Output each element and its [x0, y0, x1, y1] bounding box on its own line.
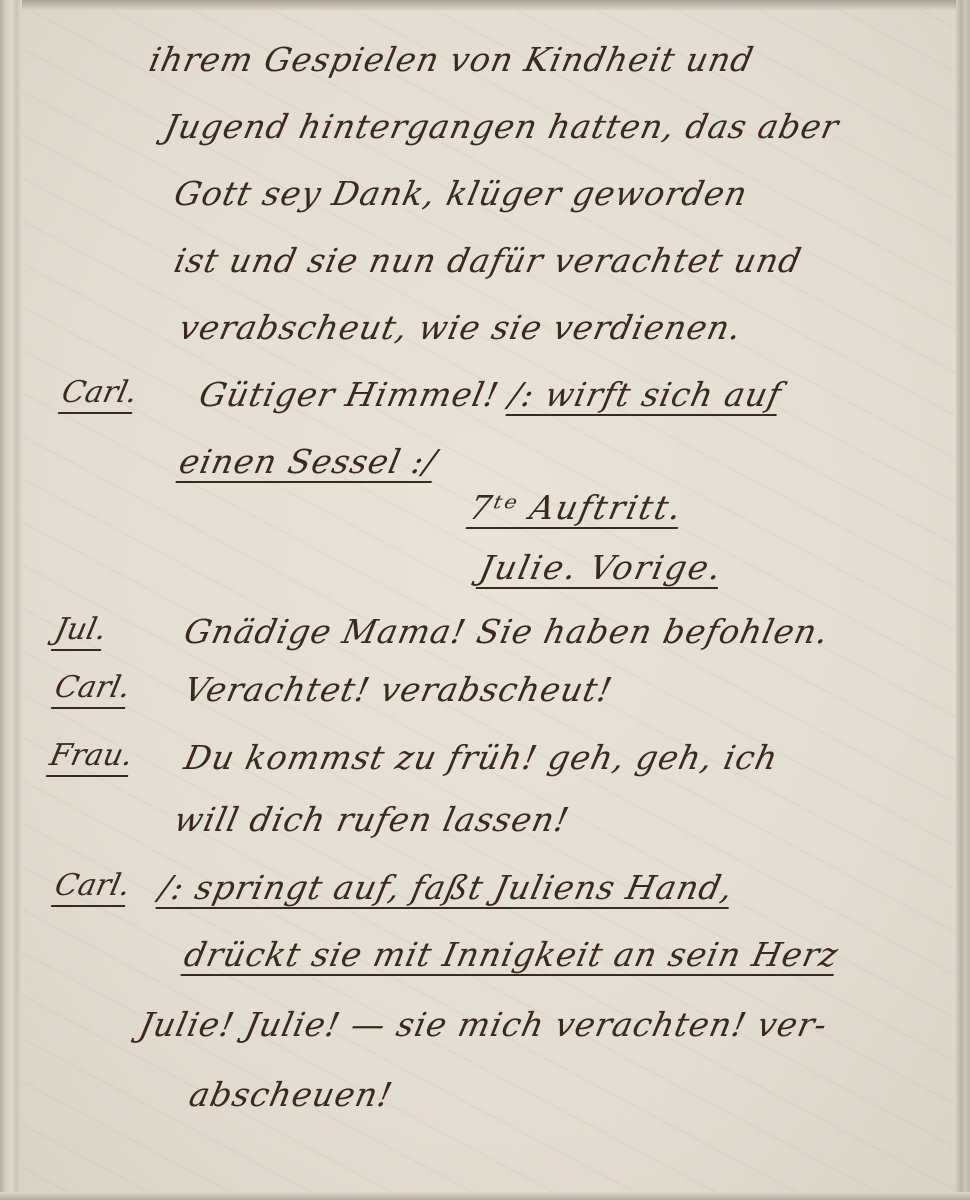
manuscript-page: ihrem Gespielen von Kindheit und Jugend … [0, 0, 970, 1200]
page-bottom-edge [0, 1192, 970, 1200]
text-line: Gnädige Mama! Sie haben befohlen. [181, 612, 833, 651]
text-line: /: springt auf, faßt Juliens Hand, [156, 868, 737, 907]
text-line: Du kommst zu früh! geh, geh, ich [181, 738, 782, 777]
stage-direction: /: springt auf, faßt Juliens Hand, [155, 868, 737, 909]
text-line: ist und sie nun dafür verachtet und [171, 241, 805, 280]
text-line: Gott sey Dank, klüger geworden [171, 174, 752, 213]
stage-direction: einen Sessel :/ [175, 442, 440, 483]
speaker-label: Carl. [58, 375, 141, 414]
text-line: Julie! Julie! — sie mich verachten! ver- [136, 1005, 831, 1044]
page-right-edge [956, 0, 970, 1200]
page-top-edge [0, 0, 970, 10]
speaker-label: Frau. [46, 738, 136, 777]
stage-direction: /: wirft sich auf [506, 375, 786, 416]
text-line: will dich rufen lassen! [171, 800, 573, 839]
scene-heading: 7ᵗᵉ Auftritt. [466, 488, 687, 529]
speaker-label: Jul. [51, 612, 110, 651]
scene-characters: Julie. Vorige. [476, 548, 727, 589]
text-line: Verachtet! verabscheut! [181, 670, 616, 709]
speaker-label: Carl. [51, 670, 134, 709]
speaker-label: Carl. [51, 868, 134, 907]
stage-direction: drückt sie mit Innigkeit an sein Herz [180, 935, 842, 976]
text-line: Gütiger Himmel! /: wirft sich auf [196, 375, 786, 414]
text-line: abscheuen! [186, 1075, 397, 1114]
text-line: drückt sie mit Innigkeit an sein Herz [181, 935, 842, 974]
text-line: verabscheut, wie sie verdienen. [176, 308, 746, 347]
text-line: einen Sessel :/ [176, 442, 441, 481]
page-left-edge [0, 0, 22, 1200]
text-line: ihrem Gespielen von Kindheit und [146, 40, 758, 79]
dialogue-text: Gütiger Himmel! [196, 375, 503, 414]
text-line: Jugend hintergangen hatten, das aber [161, 107, 843, 146]
